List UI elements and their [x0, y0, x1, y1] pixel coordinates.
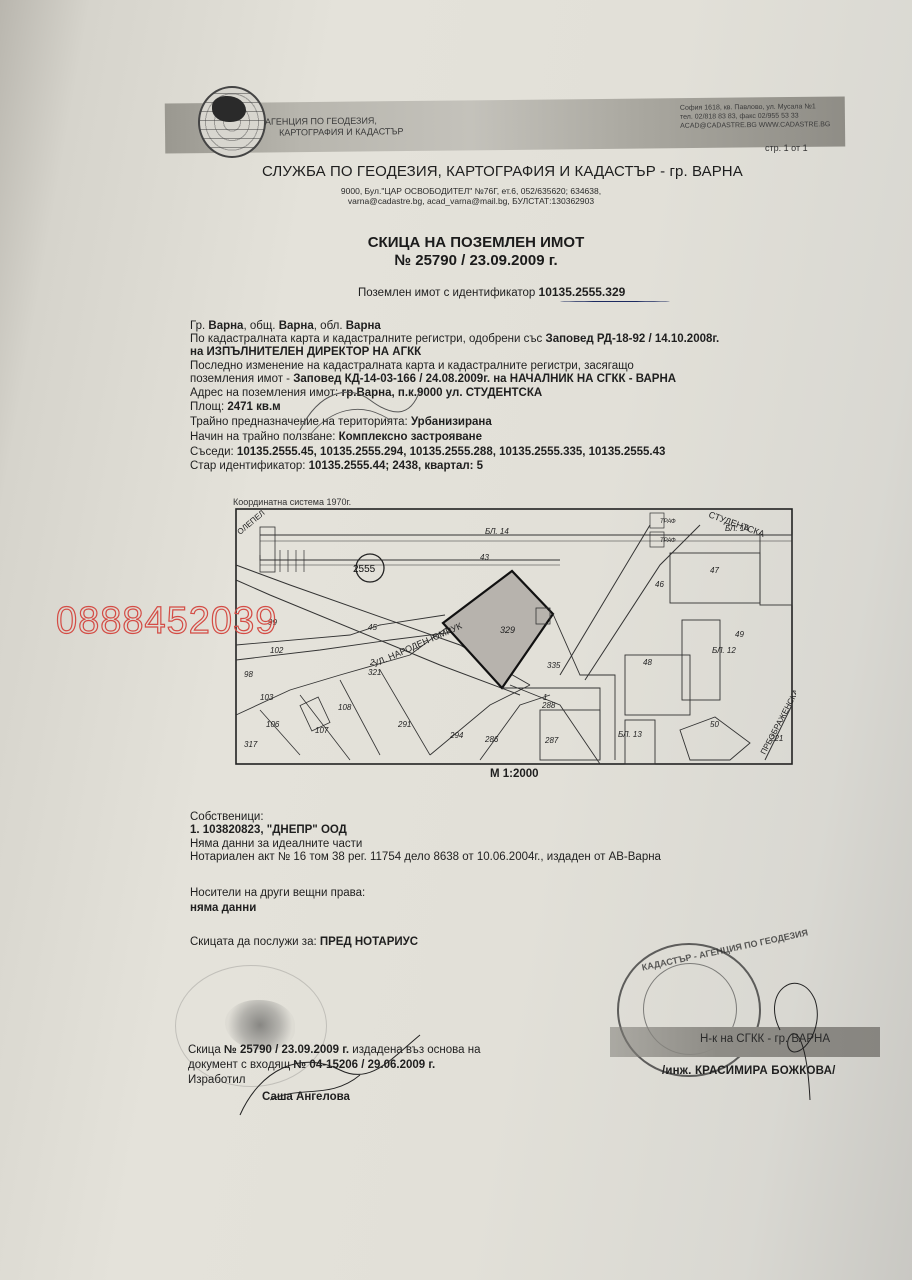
agency-contacts: София 1618, кв. Павлово, ул. Мусала №1 т…: [680, 102, 831, 131]
svg-text:49: 49: [735, 630, 744, 639]
owner-entry: 1. 103820823, "ДНЕПР" ООД: [190, 824, 347, 837]
svg-text:ТРАФ: ТРАФ: [660, 538, 676, 544]
other-rights-label: Носители на други вещни права:: [190, 887, 365, 900]
document-number: № 25790 / 23.09.2009 г.: [0, 252, 912, 269]
preparer-signature: [230, 1030, 430, 1120]
svg-text:БЛ. 14: БЛ. 14: [485, 527, 509, 536]
phone-watermark: 0888452039: [56, 600, 277, 643]
svg-text:47: 47: [710, 566, 719, 575]
cadastral-sketch-page: АГЕНЦИЯ ПО ГЕОДЕЗИЯ, КАРТОГРАФИЯ И КАДАС…: [0, 0, 912, 1280]
last-change-order-line: поземления имот - Заповед КД-14-03-166 /…: [190, 373, 676, 386]
svg-text:329: 329: [500, 625, 515, 635]
neighbours: Съседи: 10135.2555.45, 10135.2555.294, 1…: [190, 446, 665, 459]
svg-text:2555: 2555: [353, 564, 376, 575]
handwritten-annotation: [290, 380, 430, 440]
parcel-identifier: Поземлен имот с идентификатор 10135.2555…: [358, 285, 625, 299]
svg-text:ОЛЕПЕЛ: ОЛЕПЕЛ: [236, 508, 267, 536]
svg-text:46: 46: [655, 580, 664, 589]
owner-shares: Няма данни за идеалните части: [190, 838, 362, 851]
notary-deed: Нотариален акт № 16 том 38 рег. 11754 де…: [190, 851, 661, 864]
cadastral-map: БЛ. 14 БЛ. 14 43 329 2555 45 99 102 98 1…: [230, 505, 796, 767]
sketch-purpose: Скицата да послужи за: ПРЕД НОТАРИУС: [190, 936, 418, 949]
svg-text:98: 98: [244, 670, 253, 679]
owners-label: Собственици:: [190, 811, 264, 824]
location-line: Гр. Варна, общ. Варна, обл. Варна: [190, 320, 381, 333]
last-change-line: Последно изменение на кадастралната карт…: [190, 360, 634, 373]
svg-text:БЛ. 13: БЛ. 13: [618, 730, 642, 739]
svg-text:286: 286: [484, 735, 499, 744]
document-title: СКИЦА НА ПОЗЕМЛЕН ИМОТ: [0, 234, 912, 251]
svg-text:48: 48: [643, 658, 652, 667]
other-rights-value: няма данни: [190, 902, 256, 915]
svg-text:43: 43: [480, 553, 489, 562]
svg-text:288: 288: [541, 701, 556, 710]
identifier-underline: [560, 301, 670, 302]
svg-text:ТРАФ: ТРАФ: [660, 519, 676, 525]
cadastre-approval-line: По кадастралната карта и кадастралните р…: [190, 333, 719, 346]
svg-text:335: 335: [547, 661, 561, 670]
map-scale: М 1:2000: [490, 768, 539, 780]
svg-text:50: 50: [710, 720, 719, 729]
svg-text:108: 108: [338, 703, 352, 712]
identifier-label: Поземлен имот с идентификатор: [358, 287, 535, 299]
svg-text:287: 287: [544, 736, 559, 745]
cadastre-authority: на ИЗПЪЛНИТЕЛЕН ДИРЕКТОР НА АГКК: [190, 346, 421, 359]
service-contacts: varna@cadastre.bg, acad_varna@mail.bg, Б…: [0, 196, 912, 206]
service-address: 9000, Бул."ЦАР ОСВОБОДИТЕЛ" №76Г, ет.6, …: [0, 186, 912, 196]
page-number: стр. 1 от 1: [765, 143, 808, 153]
agency-logo-text: АГЕНЦИЯ ПО ГЕОДЕЗИЯ, КАРТОГРАФИЯ И КАДАС…: [265, 115, 404, 138]
service-title: СЛУЖБА ПО ГЕОДЕЗИЯ, КАРТОГРАФИЯ И КАДАСТ…: [262, 163, 743, 180]
svg-text:45: 45: [368, 623, 377, 632]
head-signature: [760, 970, 830, 1110]
svg-text:БЛ. 12: БЛ. 12: [712, 646, 736, 655]
svg-text:ПРЕОБРАЖЕНСКА: ПРЕОБРАЖЕНСКА: [759, 687, 796, 756]
svg-text:321: 321: [368, 668, 381, 677]
svg-text:291: 291: [397, 720, 411, 729]
svg-text:102: 102: [270, 646, 284, 655]
svg-text:103: 103: [260, 693, 274, 702]
svg-text:294: 294: [449, 731, 464, 740]
property-area: Площ: 2471 кв.м: [190, 401, 281, 414]
identifier-value: 10135.2555.329: [539, 285, 626, 299]
svg-text:317: 317: [244, 740, 258, 749]
svg-text:106: 106: [266, 720, 280, 729]
bulgaria-map-icon: [212, 96, 246, 122]
svg-text:УЛ. НАРОДЕН ЮМРУК: УЛ. НАРОДЕН ЮМРУК: [372, 620, 464, 668]
old-identifier: Стар идентификатор: 10135.2555.44; 2438,…: [190, 460, 483, 473]
svg-text:107: 107: [315, 726, 329, 735]
